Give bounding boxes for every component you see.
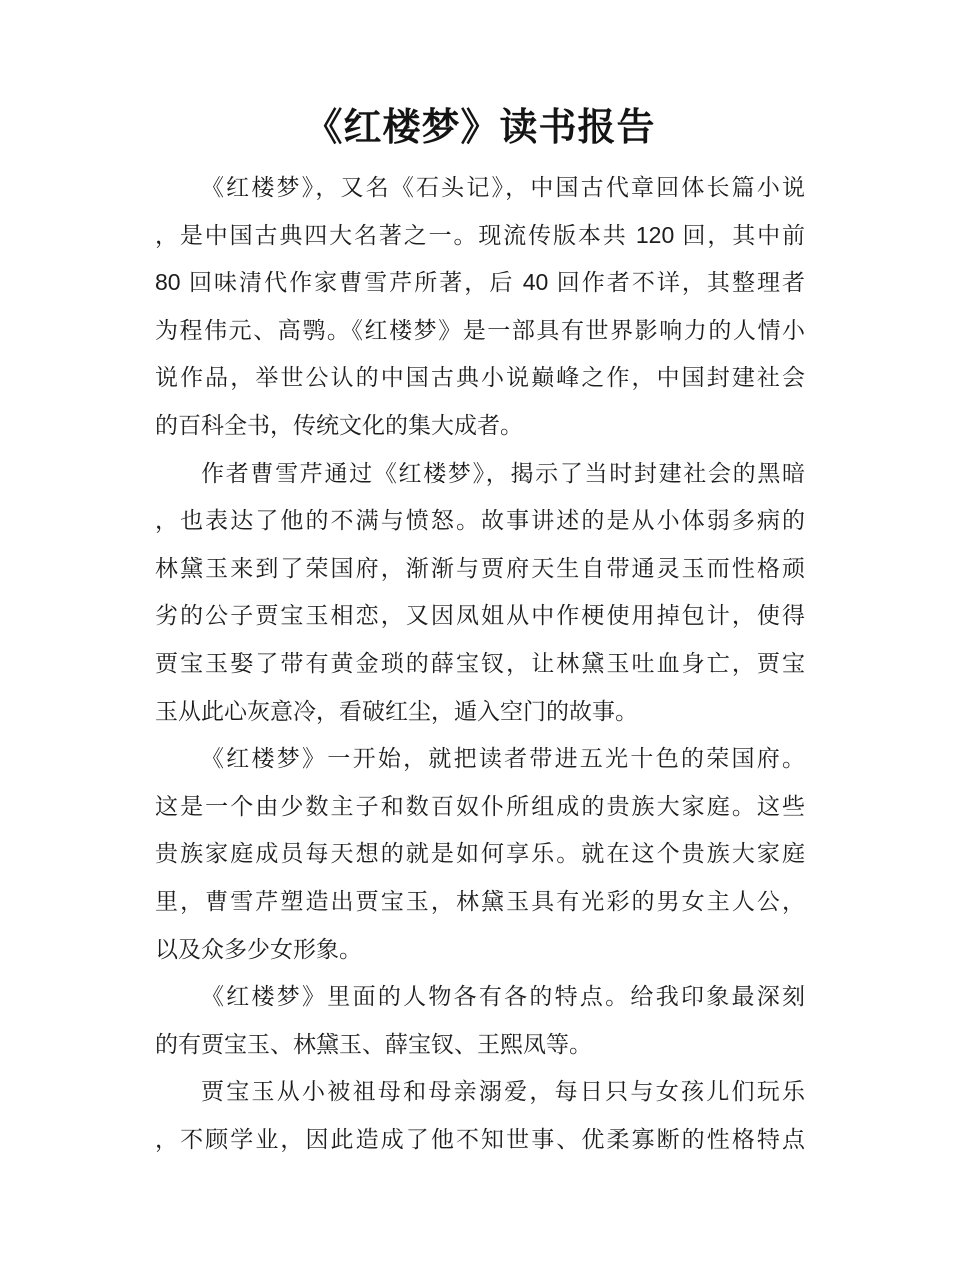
text-line: ，是中国古典四大名著之一。现流传版本共 120 回，其中前 <box>155 212 805 260</box>
report-body: 《红楼梦》，又名《石头记》，中国古代章回体长篇小说 ，是中国古典四大名著之一。现… <box>155 164 805 1163</box>
text-line: 以及众多少女形象。 <box>155 926 805 974</box>
text-line: 贵族家庭成员每天想的就是如何享乐。就在这个贵族大家庭 <box>155 830 805 878</box>
page-title: 《红楼梦》读书报告 <box>155 104 805 152</box>
report-page: 《红楼梦》读书报告 《红楼梦》，又名《石头记》，中国古代章回体长篇小说 ，是中国… <box>155 0 805 1163</box>
text-line: 的有贾宝玉、林黛玉、薛宝钗、王熙凤等。 <box>155 1021 805 1069</box>
text-line: 《红楼梦》里面的人物各有各的特点。给我印象最深刻 <box>155 973 805 1021</box>
text-line: 玉从此心灰意冷，看破红尘，遁入空门的故事。 <box>155 688 805 736</box>
text-line: 贾宝玉娶了带有黄金琐的薛宝钗，让林黛玉吐血身亡，贾宝 <box>155 640 805 688</box>
text-line: 说作品，举世公认的中国古典小说巅峰之作，中国封建社会 <box>155 354 805 402</box>
text-line: 贾宝玉从小被祖母和母亲溺爱，每日只与女孩儿们玩乐 <box>155 1068 805 1116</box>
text-line: 80 回味清代作家曹雪芹所著，后 40 回作者不详，其整理者 <box>155 259 805 307</box>
paragraph-story: 作者曹雪芹通过《红楼梦》，揭示了当时封建社会的黑暗 ，也表达了他的不满与愤怒。故… <box>155 450 805 736</box>
paragraph-jiabaoyu: 贾宝玉从小被祖母和母亲溺爱，每日只与女孩儿们玩乐 ，不顾学业，因此造成了他不知世… <box>155 1068 805 1163</box>
text-line: 为程伟元、高鹗。《红楼梦》是一部具有世界影响力的人情小 <box>155 307 805 355</box>
paragraph-characters: 《红楼梦》里面的人物各有各的特点。给我印象最深刻 的有贾宝玉、林黛玉、薛宝钗、王… <box>155 973 805 1068</box>
text-line: 的百科全书，传统文化的集大成者。 <box>155 402 805 450</box>
text-line: ，也表达了他的不满与愤怒。故事讲述的是从小体弱多病的 <box>155 497 805 545</box>
text-line: 这是一个由少数主子和数百奴仆所组成的贵族大家庭。这些 <box>155 783 805 831</box>
paragraph-family: 《红楼梦》一开始，就把读者带进五光十色的荣国府。 这是一个由少数主子和数百奴仆所… <box>155 735 805 973</box>
text-line: 《红楼梦》，又名《石头记》，中国古代章回体长篇小说 <box>155 164 805 212</box>
text-line: 《红楼梦》一开始，就把读者带进五光十色的荣国府。 <box>155 735 805 783</box>
paragraph-intro: 《红楼梦》，又名《石头记》，中国古代章回体长篇小说 ，是中国古典四大名著之一。现… <box>155 164 805 450</box>
text-line: 作者曹雪芹通过《红楼梦》，揭示了当时封建社会的黑暗 <box>155 450 805 498</box>
text-line: 里，曹雪芹塑造出贾宝玉，林黛玉具有光彩的男女主人公， <box>155 878 805 926</box>
text-line: 林黛玉来到了荣国府，渐渐与贾府天生自带通灵玉而性格顽 <box>155 545 805 593</box>
text-line: ，不顾学业，因此造成了他不知世事、优柔寡断的性格特点 <box>155 1116 805 1164</box>
text-line: 劣的公子贾宝玉相恋，又因凤姐从中作梗使用掉包计，使得 <box>155 592 805 640</box>
